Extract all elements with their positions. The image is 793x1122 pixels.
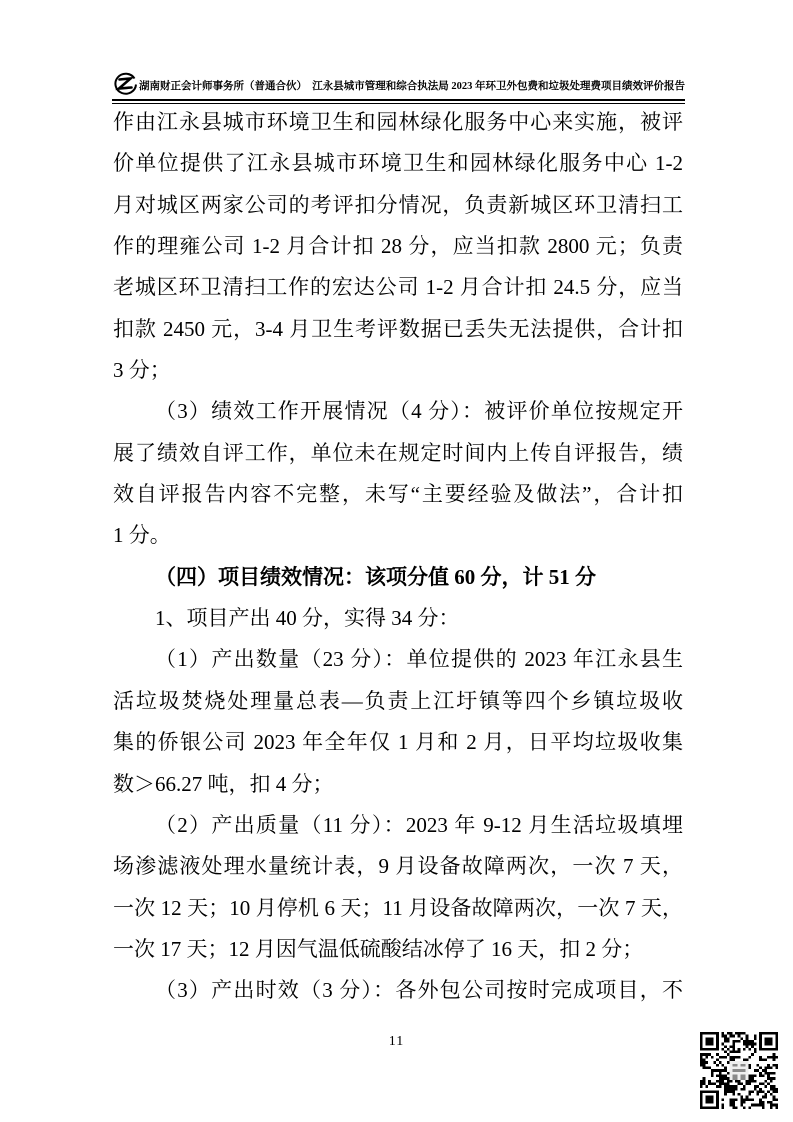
body-line: （1）产出数量（23 分）：单位提供的 2023 年江永县生 xyxy=(113,639,683,680)
qr-code xyxy=(700,1032,778,1109)
body-line: （3）产出时效（3 分）：各外包公司按时完成项目，不 xyxy=(113,970,683,1011)
section-heading: （四）项目绩效情况：该项分值 60 分，计 51 分 xyxy=(113,557,683,598)
body-line: 扣款 2450 元，3-4 月卫生考评数据已丢失无法提供，合计扣 xyxy=(113,309,683,350)
body-line: 一次 12 天；10 月停机 6 天；11 月设备故障两次，一次 7 天， xyxy=(113,888,683,929)
report-title: 江永县城市管理和综合执法局 2023 年环卫外包费和垃圾处理费项目绩效评价报告 xyxy=(312,81,685,94)
body-line: 场渗滤液处理水量统计表，9 月设备故障两次，一次 7 天， xyxy=(113,846,683,887)
body-line: 作由江永县城市环境卫生和园林绿化服务中心来实施，被评 xyxy=(113,102,683,143)
body-line: 老城区环卫清扫工作的宏达公司 1-2 月合计扣 24.5 分，应当 xyxy=(113,267,683,308)
body-line: 1、项目产出 40 分，实得 34 分： xyxy=(113,598,683,639)
document-body: 作由江永县城市环境卫生和园林绿化服务中心来实施，被评 价单位提供了江永县城市环境… xyxy=(113,102,683,1012)
body-line: 数＞66.27 吨，扣 4 分； xyxy=(113,764,683,805)
firm-name: 湖南财正会计师事务所（普通合伙） xyxy=(139,81,307,94)
firm-logo-icon xyxy=(112,71,138,97)
page-header: 湖南财正会计师事务所（普通合伙） 江永县城市管理和综合执法局 2023 年环卫外… xyxy=(112,68,685,94)
body-line: 月对城区两家公司的考评扣分情况，负责新城区环卫清扫工 xyxy=(113,185,683,226)
body-line: 展了绩效自评工作，单位未在规定时间内上传自评报告，绩 xyxy=(113,433,683,474)
body-line: 1 分。 xyxy=(113,515,683,556)
body-line: 作的理雍公司 1-2 月合计扣 28 分，应当扣款 2800 元；负责 xyxy=(113,226,683,267)
body-line: 一次 17 天；12 月因气温低硫酸结冰停了 16 天，扣 2 分； xyxy=(113,929,683,970)
body-line: 活垃圾焚烧处理量总表—负责上江圩镇等四个乡镇垃圾收 xyxy=(113,681,683,722)
body-line: 效自评报告内容不完整，未写“主要经验及做法”，合计扣 xyxy=(113,474,683,515)
body-line: （3）绩效工作开展情况（4 分）：被评价单位按规定开 xyxy=(113,391,683,432)
body-line: 集的侨银公司 2023 年全年仅 1 月和 2 月，日平均垃圾收集 xyxy=(113,722,683,763)
body-line: 价单位提供了江永县城市环境卫生和园林绿化服务中心 1-2 xyxy=(113,143,683,184)
report-page: 湖南财正会计师事务所（普通合伙） 江永县城市管理和综合执法局 2023 年环卫外… xyxy=(0,0,793,1122)
body-line: 3 分； xyxy=(113,350,683,391)
body-line: （2）产出质量（11 分）：2023 年 9-12 月生活垃圾填埋 xyxy=(113,805,683,846)
page-number: 11 xyxy=(0,1034,793,1050)
